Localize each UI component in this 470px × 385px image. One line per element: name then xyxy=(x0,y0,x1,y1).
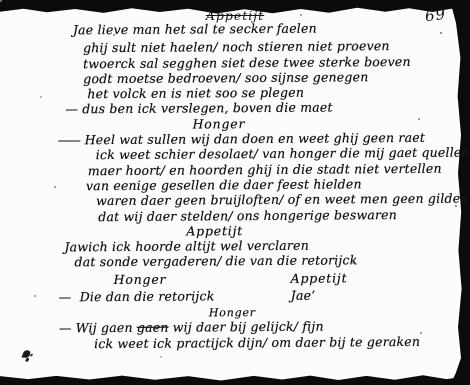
manuscript-scan-page: 69 Appetijt Jae lieve man het sal te sec… xyxy=(0,0,470,385)
paper-speckles xyxy=(0,0,2,2)
scan-border-bottom xyxy=(0,372,470,385)
reply-row: Die dan die retorijck Jae’ xyxy=(59,287,461,305)
speaker-row: Honger Appetijt xyxy=(59,269,461,287)
manuscript-line: maer hoort/ en hoorden ghij in die stadt… xyxy=(88,160,460,178)
manuscript-line: dat sonde vergaderen/ die van die retori… xyxy=(74,252,460,270)
speaker-label-honger: Honger xyxy=(114,271,167,286)
manuscript-line: twoerck sal segghen siet dese twee sterk… xyxy=(83,53,459,71)
manuscript-line: Die dan die retorijck xyxy=(80,288,215,304)
manuscript-line: ick weet ick practijck dijn/ om daer bij… xyxy=(94,333,461,351)
speaker-label-appetijt: Appetijt xyxy=(291,270,348,285)
line-pre: Wij gaen xyxy=(76,320,137,335)
manuscript-line: Jae lieve man het sal te secker faelen xyxy=(73,20,459,38)
speaker-reply-jae: Jae’ xyxy=(291,288,316,303)
ink-blot-mark xyxy=(22,349,32,359)
struck-word: gaen xyxy=(137,320,169,335)
manuscript-line: waren daer geen bruijloften/ of en weet … xyxy=(96,191,460,209)
manuscript-text-block: Jae lieve man het sal te secker faelen g… xyxy=(57,20,461,352)
line-post: wij daer bij gelijck/ fijn xyxy=(168,319,323,335)
